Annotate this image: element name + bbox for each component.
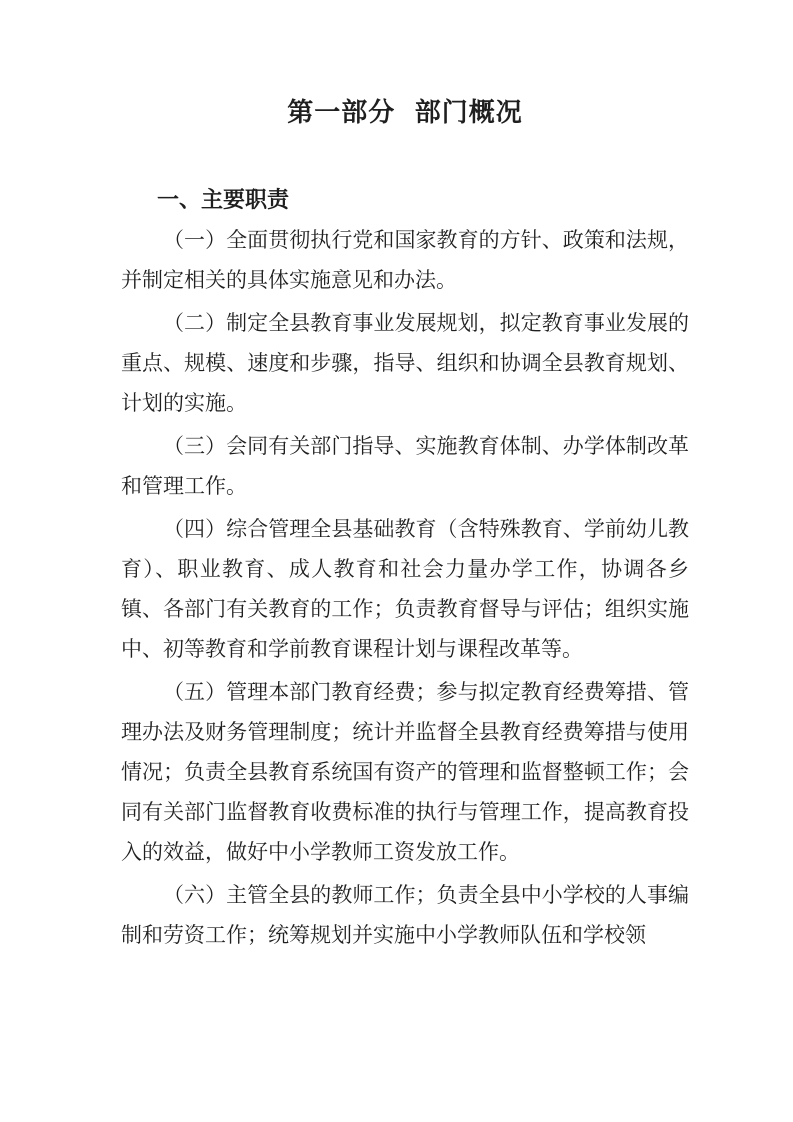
- body-paragraph: （二）制定全县教育事业发展规划，拟定教育事业发展的重点、规模、速度和步骤，指导、…: [121, 303, 689, 423]
- body-paragraph: （一）全面贯彻执行党和国家教育的方针、政策和法规，并制定相关的具体实施意见和办法…: [121, 220, 689, 300]
- section-heading: 一、主要职责: [121, 180, 689, 220]
- body-paragraph: （三）会同有关部门指导、实施教育体制、办学体制改革和管理工作。: [121, 426, 689, 506]
- document-page: 第一部分 部门概况 一、主要职责 （一）全面贯彻执行党和国家教育的方针、政策和法…: [0, 0, 793, 1122]
- body-paragraph: （五）管理本部门教育经费；参与拟定教育经费筹措、管理办法及财务管理制度；统计并监…: [121, 672, 689, 872]
- body-paragraph: （四）综合管理全县基础教育（含特殊教育、学前幼儿教育）、职业教育、成人教育和社会…: [121, 509, 689, 669]
- body-paragraph: （六）主管全县的教师工作；负责全县中小学校的人事编制和劳资工作；统筹规划并实施中…: [121, 875, 689, 955]
- document-title: 第一部分 部门概况: [121, 96, 689, 130]
- document-body: （一）全面贯彻执行党和国家教育的方针、政策和法规，并制定相关的具体实施意见和办法…: [121, 220, 689, 955]
